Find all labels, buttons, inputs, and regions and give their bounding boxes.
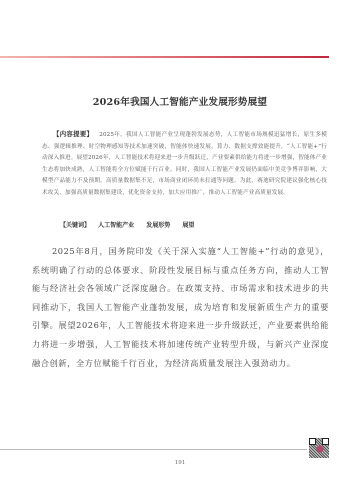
header-rule (0, 56, 329, 58)
qr-code-icon[interactable] (309, 438, 329, 458)
keyword: 发展形势 (146, 222, 170, 229)
body-paragraph: 2025年8月，国务院印发《关于深入实施“人工智能+”行动的意见》，系统明确了行… (32, 242, 329, 372)
abstract-label: 【内容提要】 (53, 130, 93, 138)
keyword: 人工智能产业 (98, 222, 134, 229)
abstract-text: 2025年，我国人工智能产业呈现蓬勃发展态势，人工智能市场规模迅猛增长，原生多模… (42, 132, 327, 196)
page-title: 2026年我国人工智能产业发展形势展望 (0, 94, 360, 108)
page-number: 191 (0, 460, 360, 466)
keywords-label: 【关键词】 (60, 222, 90, 229)
keywords-line: 【关键词】 人工智能产业 发展形势 展望 (60, 220, 204, 229)
footer-rule (0, 449, 307, 450)
keyword: 展望 (182, 222, 194, 229)
abstract-paragraph: 【内容提要】2025年，我国人工智能产业呈现蓬勃发展态势，人工智能市场规模迅猛增… (42, 129, 327, 200)
